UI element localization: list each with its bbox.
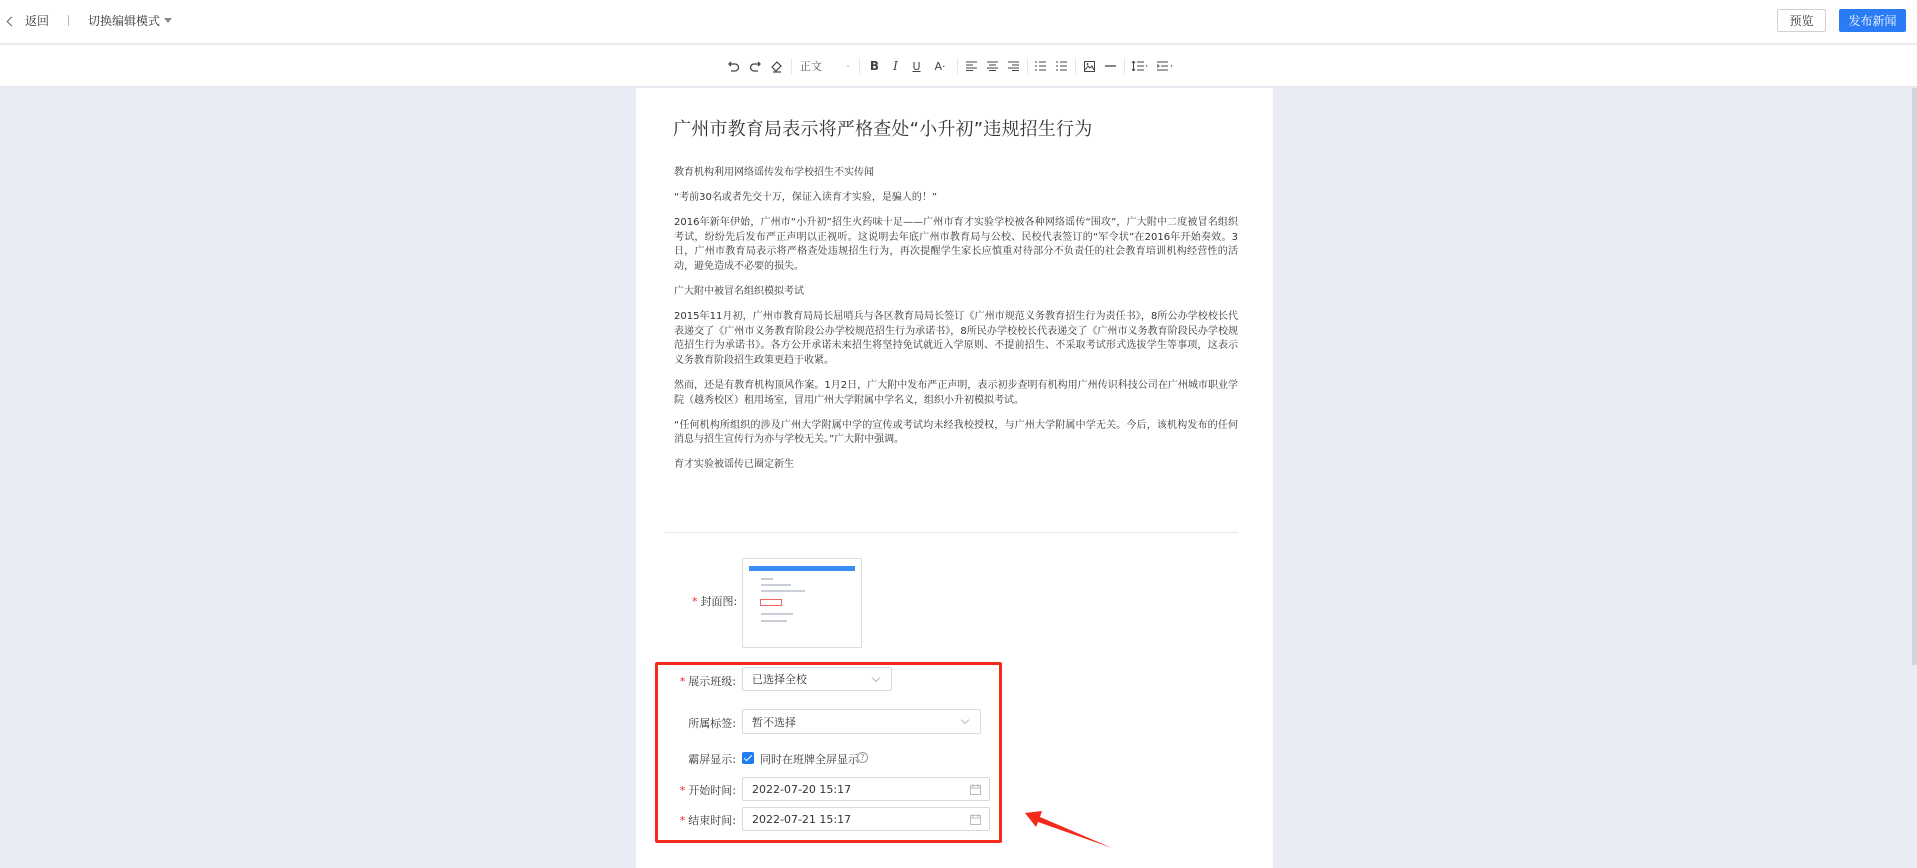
display-class-label: *展示班级:	[675, 673, 736, 689]
align-left-icon[interactable]	[965, 57, 978, 75]
cover-image-label: *封面图:	[692, 593, 736, 609]
paragraph: 然而，还是有教育机构顶风作案。1月2日，广大附中发布严正声明，表示初步查明有机构…	[674, 379, 1238, 408]
fullscreen-option-label[interactable]: 同时在班牌全屏显示	[760, 751, 859, 767]
paragraph: 教育机构利用网络谣传发布学校招生不实传闻	[674, 166, 1238, 181]
eraser-icon[interactable]	[769, 57, 783, 75]
paragraph: “任何机构所组织的涉及广州大学附属中学的宣传或考试均未经我校授权，与广州大学附属…	[674, 419, 1238, 448]
chevron-down-icon	[872, 674, 880, 682]
start-time-input[interactable]: 2022-07-20 15:17	[742, 777, 990, 801]
calendar-icon[interactable]	[970, 784, 981, 798]
fullscreen-checkbox[interactable]	[742, 752, 754, 764]
fullscreen-label: 霸屏显示:	[675, 751, 736, 767]
divider	[68, 15, 69, 26]
toolbar-divider	[791, 58, 792, 74]
underline-icon[interactable]: U	[910, 57, 923, 75]
tag-value: 暂不选择	[752, 714, 796, 730]
paragraph: 2015年11月初，广州市教育局局长屈哨兵与各区教育局局长签订《广州市规范义务教…	[674, 310, 1238, 368]
caret-down-icon	[164, 18, 172, 23]
paragraph-style-select[interactable]: 正文	[800, 57, 850, 75]
font-color-icon[interactable]: A·	[930, 57, 950, 75]
paragraph: 育才实验被谣传已圈定新生	[674, 458, 1238, 473]
align-center-icon[interactable]	[986, 57, 999, 75]
calendar-icon[interactable]	[970, 814, 981, 828]
article-title[interactable]: 广州市教育局表示将严格查处“小升初”违规招生行为	[673, 115, 1092, 141]
toolbar-divider	[957, 58, 958, 74]
toolbar-divider	[1027, 58, 1028, 74]
top-bar: 返回 切换编辑模式 预览 发布新闻	[0, 0, 1917, 44]
tag-select[interactable]: 暂不选择	[742, 709, 981, 734]
align-right-icon[interactable]	[1007, 57, 1020, 75]
publish-news-button[interactable]: 发布新闻	[1839, 9, 1906, 32]
content-divider	[665, 532, 1238, 533]
chevron-down-icon	[961, 716, 969, 724]
chevron-down-icon[interactable]: ·	[844, 57, 852, 75]
bold-icon[interactable]: B	[868, 57, 881, 75]
paragraph: 广大附中被冒名组织模拟考试	[674, 285, 1238, 300]
redo-icon[interactable]	[748, 57, 762, 75]
cover-image-thumbnail[interactable]	[742, 558, 862, 648]
switch-edit-mode-dropdown[interactable]: 切换编辑模式	[88, 12, 172, 29]
end-time-value: 2022-07-21 15:17	[752, 813, 851, 826]
chevron-left-icon	[7, 16, 17, 26]
indent-icon[interactable]	[1156, 57, 1174, 75]
undo-icon[interactable]	[727, 57, 741, 75]
display-class-select[interactable]: 已选择全校	[742, 667, 892, 691]
scrollbar-thumb[interactable]	[1912, 88, 1917, 665]
back-button[interactable]: 返回	[8, 12, 49, 29]
start-time-value: 2022-07-20 15:17	[752, 783, 851, 796]
line-height-icon[interactable]	[1131, 57, 1149, 75]
italic-icon[interactable]: I	[889, 57, 902, 75]
help-icon[interactable]: ?	[857, 752, 868, 763]
horizontal-rule-icon[interactable]	[1104, 57, 1117, 75]
paragraph-style-value: 正文	[800, 58, 822, 74]
unordered-list-icon[interactable]	[1034, 57, 1047, 75]
article-body[interactable]: 教育机构利用网络谣传发布学校招生不实传闻 “考前30名或者先交十万，保证入读育才…	[674, 166, 1238, 484]
preview-button[interactable]: 预览	[1777, 9, 1826, 32]
end-time-input[interactable]: 2022-07-21 15:17	[742, 807, 990, 831]
start-time-label: *开始时间:	[675, 782, 736, 798]
toolbar-divider	[1124, 58, 1125, 74]
tag-label: 所属标签:	[675, 715, 736, 731]
end-time-label: *结束时间:	[675, 812, 736, 828]
toolbar-divider	[859, 58, 860, 74]
editor-toolbar: 正文 · B I U A·	[0, 45, 1917, 87]
ordered-list-icon[interactable]	[1055, 57, 1068, 75]
paragraph: “考前30名或者先交十万，保证入读育才实验，是骗人的！”	[674, 191, 1238, 206]
paragraph: 2016年新年伊始，广州市“小升初”招生火药味十足——广州市育才实验学校被各种网…	[674, 216, 1238, 274]
display-class-value: 已选择全校	[752, 671, 807, 687]
back-label: 返回	[25, 12, 49, 29]
image-icon[interactable]	[1083, 57, 1096, 75]
mode-label: 切换编辑模式	[88, 12, 160, 29]
toolbar-divider	[1075, 58, 1076, 74]
